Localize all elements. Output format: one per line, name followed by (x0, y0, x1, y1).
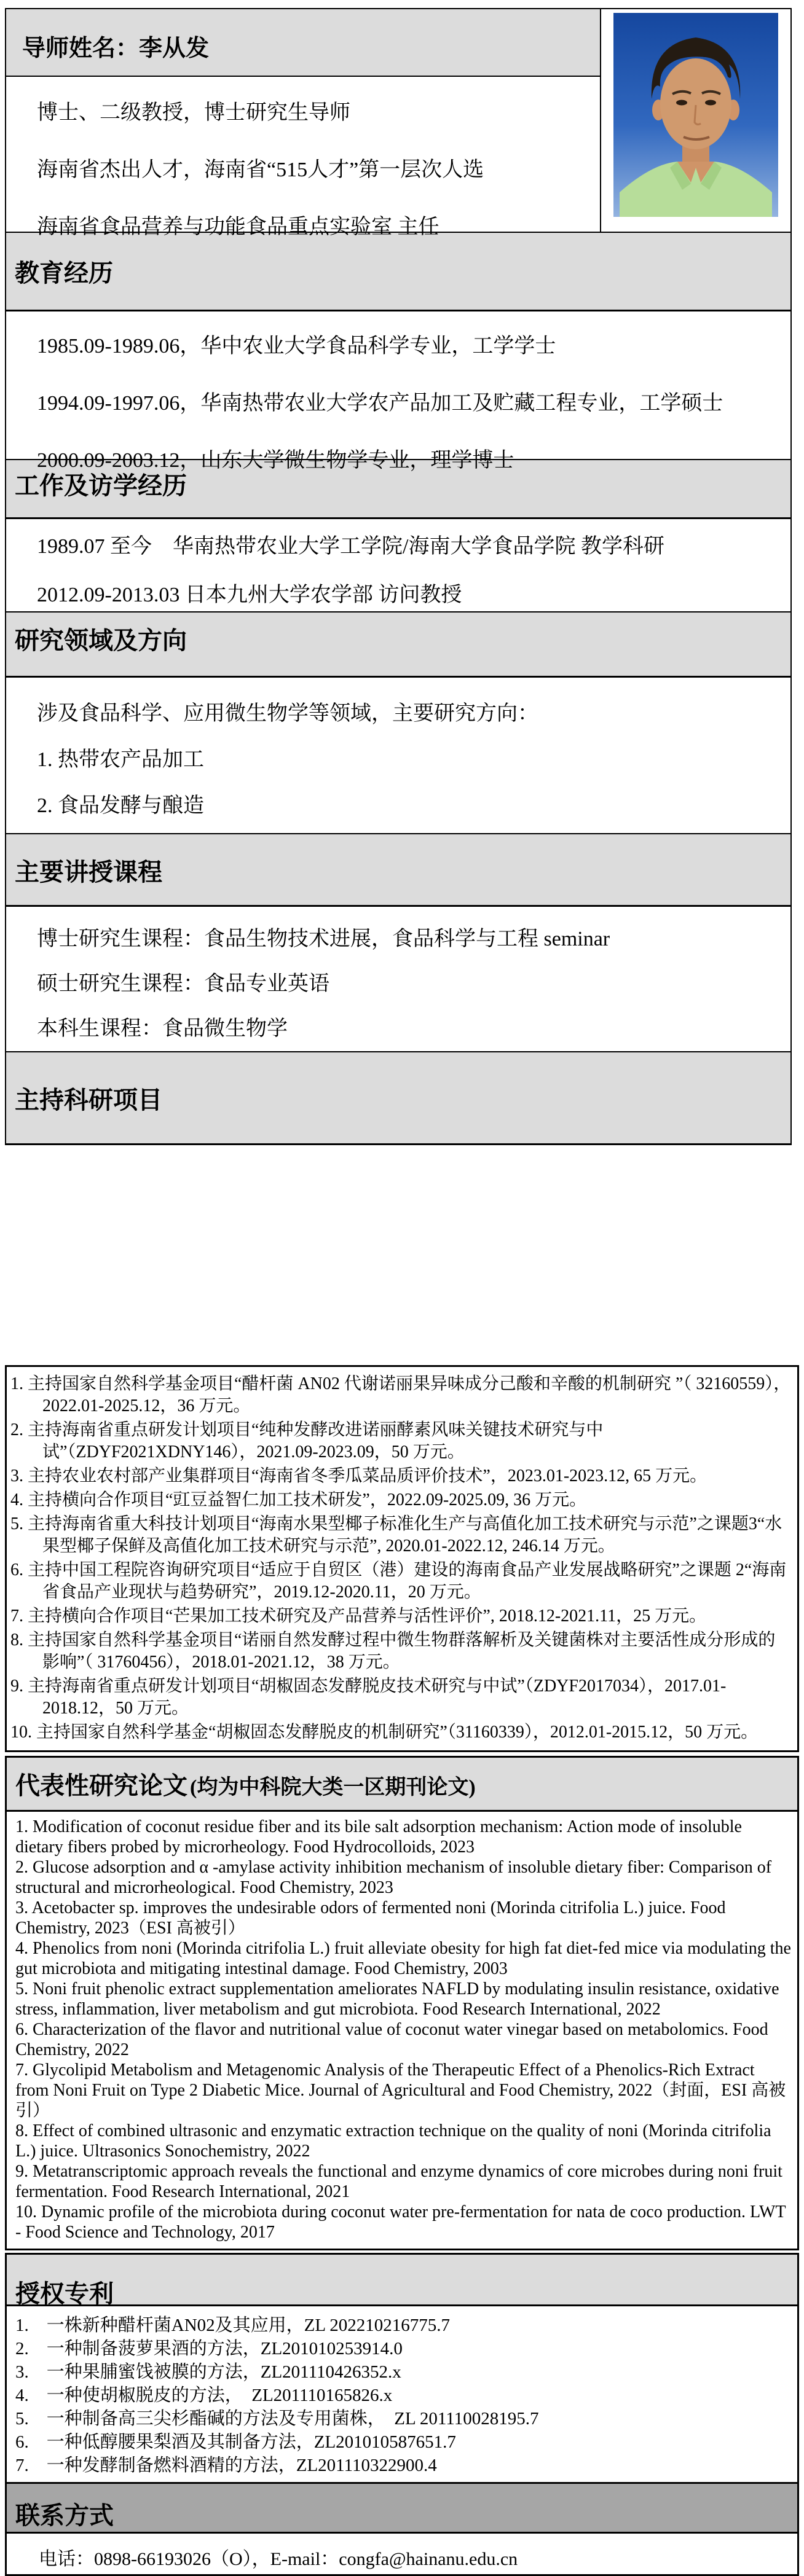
papers-title-note: (均为中科院大类一区期刊论文) (190, 1776, 476, 1799)
education-list: 1985.09-1989.06，华中农业大学食品科学专业，工学学士 1994.0… (6, 311, 790, 459)
section-title-courses: 主要讲授课程 (15, 859, 162, 886)
profile-table: 导师姓名：李从发 博士、二级教授，博士研究生导师 海南省杰出人才，海南省“515… (5, 8, 792, 1145)
profile-titles: 博士、二级教授，博士研究生导师 海南省杰出人才，海南省“515人才”第一层次人选… (6, 77, 600, 232)
section-header-contact: 联系方式 (7, 2482, 797, 2534)
patent-item: 5. 一种制备高三尖杉酯碱的方法及专用菌株， ZL 201110028195.7 (15, 2407, 791, 2430)
paper-item: 7. Glycolipid Metabolism and Metagenomic… (15, 2060, 791, 2121)
papers-table: 代表性研究论文 (均为中科院大类一区期刊论文) 1. Modification … (5, 1756, 799, 2250)
paper-item: 6. Characterization of the flavor and nu… (15, 2019, 791, 2060)
research-item: 1. 热带农产品加工 (37, 742, 790, 772)
patent-item: 2. 一种制备菠萝果酒的方法，ZL201010253914.0 (15, 2337, 791, 2360)
profile-photo (613, 13, 778, 217)
project-item: 6. 主持中国工程院咨询研究项目“适应于自贸区（港）建设的海南食品产业发展战略研… (10, 1559, 792, 1603)
education-item: 1994.09-1997.06，华南热带农业大学农产品加工及贮藏工程专业，工学硕… (37, 386, 790, 416)
section-header-courses: 主要讲授课程 (6, 833, 790, 907)
mentor-name-label: 导师姓名： (22, 36, 139, 61)
section-title-projects: 主持科研项目 (15, 1087, 162, 1114)
project-item: 3. 主持农业农村部产业集群项目“海南省冬季瓜菜品质评价技术”，2023.01-… (10, 1465, 792, 1487)
work-item: 2012.09-2013.03 日本九州大学农学部 访问教授 (37, 577, 790, 608)
papers-list: 1. Modification of coconut residue fiber… (7, 1812, 797, 2249)
work-item: 1989.07 至今 华南热带农业大学工学院/海南大学食品学院 教学科研 (37, 529, 790, 559)
project-item: 2. 主持海南省重点研发计划项目“纯种发酵改进诺丽酵素风味关键技术研究与中试”（… (10, 1419, 792, 1463)
section-title-contact: 联系方式 (15, 2502, 114, 2529)
paper-item: 3. Acetobacter sp. improves the undesira… (15, 1898, 791, 1938)
paper-item: 2. Glucose adsorption and α -amylase act… (15, 1857, 791, 1898)
patent-item: 7. 一种发酵制备燃料酒精的方法，ZL201110322900.4 (15, 2454, 791, 2477)
paper-item: 9. Metatranscriptomic approach reveals t… (15, 2161, 791, 2202)
section-header-research: 研究领域及方向 (6, 611, 790, 678)
patent-item: 4. 一种使胡椒脱皮的方法， ZL201110165826.x (15, 2384, 791, 2407)
profile-left-column: 导师姓名：李从发 博士、二级教授，博士研究生导师 海南省杰出人才，海南省“515… (6, 9, 601, 232)
section-title-patents: 授权专利 (15, 2280, 114, 2308)
projects-list: 1. 主持国家自然科学基金项目“醋杆菌 AN02 代谢诺丽果异味成分己酸和辛酸的… (7, 1367, 797, 1750)
project-item: 4. 主持横向合作项目“豇豆益智仁加工技术研发”，2022.09-2025.09… (10, 1489, 792, 1511)
project-item: 5. 主持海南省重大科技计划项目“海南水果型椰子标准化生产与高值化加工技术研究与… (10, 1513, 792, 1557)
profile-top-row: 导师姓名：李从发 博士、二级教授，博士研究生导师 海南省杰出人才，海南省“515… (6, 9, 790, 232)
page-break-gap (0, 1145, 804, 1365)
contact-row: 电话：0898-66193026（O），E-mail：congfa@hainan… (7, 2534, 797, 2574)
mentor-name-header: 导师姓名：李从发 (6, 9, 600, 77)
mentor-name: 李从发 (139, 36, 209, 61)
project-item: 7. 主持横向合作项目“芒果加工技术研究及产品营养与活性评价”, 2018.12… (10, 1605, 792, 1627)
contact-info: 电话：0898-66193026（O），E-mail：congfa@hainan… (39, 2549, 518, 2569)
section-header-projects: 主持科研项目 (6, 1051, 790, 1143)
section-title-research: 研究领域及方向 (15, 627, 187, 654)
course-item: 硕士研究生课程：食品专业英语 (37, 966, 790, 996)
project-item: 8. 主持国家自然科学基金项目“诺丽自然发酵过程中微生物群落解析及关键菌株对主要… (10, 1629, 792, 1674)
projects-box: 1. 主持国家自然科学基金项目“醋杆菌 AN02 代谢诺丽果异味成分己酸和辛酸的… (5, 1365, 799, 1752)
paper-item: 10. Dynamic profile of the microbiota du… (15, 2202, 791, 2242)
project-item: 9. 主持海南省重点研发计划项目“胡椒固态发酵脱皮技术研究与中试”（ZDYF20… (10, 1675, 792, 1720)
profile-title-line: 海南省食品营养与功能食品重点实验室 主任 (37, 209, 588, 240)
paper-item: 8. Effect of combined ultrasonic and enz… (15, 2121, 791, 2161)
profile-title-line: 博士、二级教授，博士研究生导师 (37, 95, 588, 125)
patent-item: 6. 一种低醇腰果梨酒及其制备方法，ZL201010587651.7 (15, 2430, 791, 2454)
section-title-work: 工作及访学经历 (15, 472, 187, 499)
research-item: 2. 食品发酵与酿造 (37, 788, 790, 818)
paper-item: 1. Modification of coconut residue fiber… (15, 1817, 791, 1857)
courses-list: 博士研究生课程：食品生物技术进展，食品科学与工程 seminar 硕士研究生课程… (6, 907, 790, 1051)
patent-item: 1. 一株新种醋杆菌AN02及其应用，ZL 202210216775.7 (15, 2314, 791, 2337)
patent-item: 3. 一种果脯蜜饯被膜的方法，ZL201110426352.x (15, 2360, 791, 2384)
profile-title-line: 海南省杰出人才，海南省“515人才”第一层次人选 (37, 152, 588, 182)
paper-item: 5. Noni fruit phenolic extract supplemen… (15, 1979, 791, 2019)
patents-list: 1. 一株新种醋杆菌AN02及其应用，ZL 202210216775.7 2. … (7, 2306, 797, 2482)
patents-contact-table: 授权专利 1. 一株新种醋杆菌AN02及其应用，ZL 202210216775.… (5, 2253, 799, 2576)
paper-item: 4. Phenolics from noni (Morinda citrifol… (15, 1938, 791, 1979)
course-item: 博士研究生课程：食品生物技术进展，食品科学与工程 seminar (37, 922, 790, 952)
section-header-education: 教育经历 (6, 232, 790, 311)
section-title-education: 教育经历 (15, 260, 113, 287)
research-intro: 涉及食品科学、应用微生物学等领域，主要研究方向： (37, 696, 790, 726)
section-header-papers: 代表性研究论文 (均为中科院大类一区期刊论文) (7, 1758, 797, 1812)
photo-cell (601, 9, 790, 232)
faculty-profile-page: 导师姓名：李从发 博士、二级教授，博士研究生导师 海南省杰出人才，海南省“515… (0, 0, 804, 2576)
project-item: 10. 主持国家自然科学基金“胡椒固态发酵脱皮的机制研究”（31160339），… (10, 1721, 792, 1744)
course-item: 本科生课程：食品微生物学 (37, 1011, 790, 1041)
research-list: 涉及食品科学、应用微生物学等领域，主要研究方向： 1. 热带农产品加工 2. 食… (6, 678, 790, 833)
work-list: 1989.07 至今 华南热带农业大学工学院/海南大学食品学院 教学科研 201… (6, 519, 790, 611)
education-item: 1985.09-1989.06，华中农业大学食品科学专业，工学学士 (37, 329, 790, 359)
section-header-patents: 授权专利 (7, 2255, 797, 2306)
section-title-papers: 代表性研究论文 (15, 1772, 187, 1799)
project-item: 1. 主持国家自然科学基金项目“醋杆菌 AN02 代谢诺丽果异味成分己酸和辛酸的… (10, 1373, 792, 1417)
